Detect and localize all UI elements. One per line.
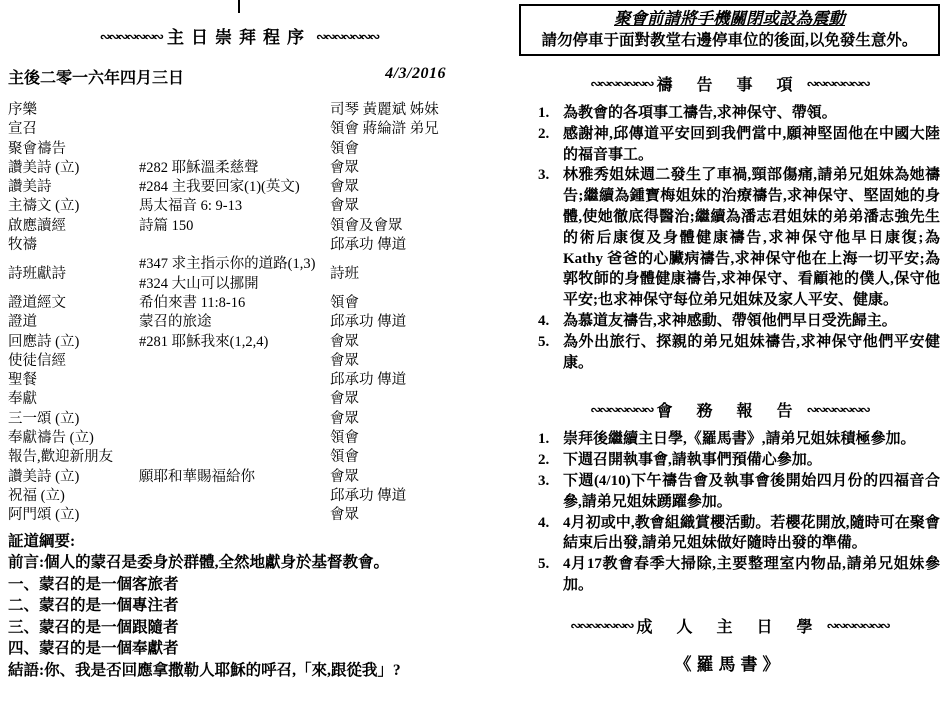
service-item-label: 奉獻禱告 (立)	[8, 429, 139, 448]
list-item: 3. 林雅秀姐妹週二發生了車禍,頸部傷痛,請弟兄姐妹為她禱告;繼續為鍾寶梅姐妹的…	[538, 165, 940, 311]
item-number: 3.	[538, 165, 563, 311]
ornament-chain-icon: ∾∾∾∾∾∾∾	[807, 403, 869, 418]
table-row: 奉獻禱告 (立) 領會	[8, 429, 470, 448]
service-item-label: 啟應讀經	[8, 217, 139, 236]
service-item-person: 領會及會眾	[330, 217, 470, 236]
service-item-person: 會眾	[330, 178, 470, 197]
table-row: 聚會禱告 領會	[8, 140, 470, 159]
sermon-outline-line: 結語:你、我是否回應拿撒勒人耶穌的呼召,「來,跟從我」?	[8, 660, 470, 682]
service-item-content: #282 耶穌溫柔慈聲	[139, 159, 330, 178]
sunday-school-book-title: 《羅馬書》	[519, 650, 940, 675]
service-item-label: 證道經文	[8, 294, 139, 313]
service-item-label: 證道	[8, 313, 139, 332]
notice-phone-line: 聚會前請將手機關閉或設為震動	[523, 7, 936, 30]
item-text: 林雅秀姐妹週二發生了車禍,頸部傷痛,請弟兄姐妹為她禱告;繼續為鍾寶梅姐妹的治療禱…	[563, 165, 940, 311]
item-text: 下週(4/10)下午禱告會及執事會後開始四月份的四福音合參,請弟兄姐妹踴躍參加。	[563, 471, 940, 513]
list-item: 3. 下週(4/10)下午禱告會及執事會後開始四月份的四福音合參,請弟兄姐妹踴躍…	[538, 471, 940, 513]
date-row: 主後二零一六年四月三日 4/3/2016	[8, 65, 470, 88]
table-row: 奉獻 會眾	[8, 390, 470, 409]
service-item-person: 領會	[330, 140, 470, 159]
service-item-person: 會眾	[330, 159, 470, 178]
service-item-person: 司琴 黃麗斌 姊妹	[330, 101, 470, 120]
sunday-school-header: ∾∾∾∾∾∾∾成 人 主 日 學∾∾∾∾∾∾∾	[519, 614, 940, 637]
service-item-label: 讚美詩 (立)	[8, 159, 139, 178]
service-item-person: 邱承功 傳道	[330, 371, 470, 390]
item-number: 2.	[538, 124, 563, 166]
service-item-content: #347 求主指示你的道路(1,3) #324 大山可以挪開	[139, 255, 330, 294]
table-row: 序樂 司琴 黃麗斌 姊妹	[8, 101, 470, 120]
item-number: 1.	[538, 103, 563, 124]
service-item-content: 詩篇 150	[139, 217, 330, 236]
table-row: 證道 蒙召的旅途 邱承功 傳道	[8, 313, 470, 332]
table-row: 啟應讀經 詩篇 150 領會及會眾	[8, 217, 470, 236]
table-row: 證道經文 希伯來書 11:8-16 領會	[8, 294, 470, 313]
service-item-label: 宣召	[8, 120, 139, 139]
sermon-outline: 証道綱要: 前言:個人的蒙召是委身於群體,全然地獻身於基督教會。 一、蒙召的是一…	[8, 531, 470, 682]
item-text: 為慕道友禱告,求神感動、帶領他們早日受洗歸主。	[563, 311, 940, 332]
service-item-label: 奉獻	[8, 390, 139, 409]
service-item-content: #281 耶穌我來(1,2,4)	[139, 333, 330, 352]
list-item: 1. 為教會的各項事工禱告,求神保守、帶領。	[538, 103, 940, 124]
sermon-outline-line: 一、蒙召的是一個客旅者	[8, 574, 470, 596]
date-numeric: 4/3/2016	[385, 65, 446, 88]
item-text: 為教會的各項事工禱告,求神保守、帶領。	[563, 103, 940, 124]
table-row: 詩班獻詩 #347 求主指示你的道路(1,3) #324 大山可以挪開 詩班	[8, 255, 470, 294]
service-item-person: 會眾	[330, 333, 470, 352]
service-item-label: 牧禱	[8, 236, 139, 255]
item-text: 4月17教會春季大掃除,主要整理室内物品,請弟兄姐妹參加。	[563, 554, 940, 596]
worship-order-column: ∾∾∾∾∾∾∾主日崇拜程序∾∾∾∾∾∾∾ 主後二零一六年四月三日 4/3/201…	[8, 0, 470, 681]
notice-parking-line: 請勿停車于面對教堂右邊停車位的後面,以免發生意外。	[523, 30, 936, 51]
table-row: 三一頌 (立) 會眾	[8, 410, 470, 429]
ornament-chain-icon: ∾∾∾∾∾∾∾	[590, 403, 652, 418]
bulletin-page: ∾∾∾∾∾∾∾主日崇拜程序∾∾∾∾∾∾∾ 主後二零一六年四月三日 4/3/201…	[0, 0, 944, 706]
item-text: 4月初或中,教會組織賞櫻活動。若櫻花開放,隨時可在聚會結束后出發,請弟兄姐妹做好…	[563, 513, 940, 555]
ornament-chain-icon: ∾∾∾∾∾∾∾	[570, 619, 632, 634]
table-row: 祝福 (立) 邱承功 傳道	[8, 487, 470, 506]
table-row: 讚美詩 (立) #282 耶穌溫柔慈聲 會眾	[8, 159, 470, 178]
table-row: 讚美詩 (立) 願耶和華賜福給你 會眾	[8, 468, 470, 487]
service-item-label: 三一頌 (立)	[8, 410, 139, 429]
service-item-label: 聚會禱告	[8, 140, 139, 159]
sermon-outline-line: 三、蒙召的是一個跟隨者	[8, 617, 470, 639]
ornament-chain-icon: ∾∾∾∾∾∾∾	[827, 619, 889, 634]
page-title: 主日崇拜程序	[167, 28, 311, 47]
table-row: 使徒信經 會眾	[8, 352, 470, 371]
service-item-content: 願耶和華賜福給你	[139, 468, 330, 487]
service-item-label: 祝福 (立)	[8, 487, 139, 506]
sermon-outline-line: 二、蒙召的是一個專注者	[8, 595, 470, 617]
table-row: 宣召 領會 蔣綸滸 弟兄	[8, 120, 470, 139]
item-number: 2.	[538, 450, 563, 471]
report-section-header: ∾∾∾∾∾∾∾會 務 報 告∾∾∾∾∾∾∾	[519, 398, 940, 421]
service-item-person: 會眾	[330, 197, 470, 216]
service-item-label: 讚美詩	[8, 178, 139, 197]
table-row: 聖餐 邱承功 傳道	[8, 371, 470, 390]
table-row: 阿門頌 (立) 會眾	[8, 506, 470, 525]
service-item-person: 領會	[330, 294, 470, 313]
prayer-section-header: ∾∾∾∾∾∾∾禱 告 事 項∾∾∾∾∾∾∾	[519, 72, 940, 95]
item-number: 1.	[538, 429, 563, 450]
table-row: 報告,歡迎新朋友 領會	[8, 448, 470, 467]
ornament-chain-icon: ∾∾∾∾∾∾∾	[316, 30, 378, 45]
service-item-person: 領會	[330, 448, 470, 467]
item-number: 4.	[538, 513, 563, 555]
service-item-person: 邱承功 傳道	[330, 313, 470, 332]
service-item-label: 回應詩 (立)	[8, 333, 139, 352]
list-item: 2. 感謝神,邱傳道平安回到我們當中,願神堅固他在中國大陸的福音事工。	[538, 124, 940, 166]
table-row: 回應詩 (立) #281 耶穌我來(1,2,4) 會眾	[8, 333, 470, 352]
list-item: 1. 崇拜後繼續主日學,《羅馬書》,請弟兄姐妹積極參加。	[538, 429, 940, 450]
item-number: 4.	[538, 311, 563, 332]
service-item-person: 會眾	[330, 468, 470, 487]
ornament-chain-icon: ∾∾∾∾∾∾∾	[100, 30, 162, 45]
service-item-person: 詩班	[330, 265, 470, 284]
service-item-content: 馬太福音 6: 9-13	[139, 197, 330, 216]
service-item-label: 讚美詩 (立)	[8, 468, 139, 487]
ornament-chain-icon: ∾∾∾∾∾∾∾	[807, 77, 869, 92]
service-item-person: 邱承功 傳道	[330, 236, 470, 255]
service-item-label: 序樂	[8, 101, 139, 120]
table-row: 讚美詩 #284 主我要回家(1)(英文) 會眾	[8, 178, 470, 197]
service-item-label: 報告,歡迎新朋友	[8, 448, 139, 467]
announcements-column: 聚會前請將手機關閉或設為震動 請勿停車于面對教堂右邊停車位的後面,以免發生意外。…	[519, 4, 940, 675]
service-item-label: 詩班獻詩	[8, 265, 139, 284]
service-items-table: 序樂 司琴 黃麗斌 姊妹 宣召 領會 蔣綸滸 弟兄 聚會禱告 領會 讚美詩 (立…	[8, 101, 470, 526]
service-item-content: #284 主我要回家(1)(英文)	[139, 178, 330, 197]
date-chinese: 主後二零一六年四月三日	[8, 65, 184, 88]
report-items-list: 1. 崇拜後繼續主日學,《羅馬書》,請弟兄姐妹積極參加。 2. 下週召開執事會,…	[519, 429, 940, 595]
item-number: 5.	[538, 332, 563, 374]
ornament-chain-icon: ∾∾∾∾∾∾∾	[590, 77, 652, 92]
service-item-label: 聖餐	[8, 371, 139, 390]
list-item: 5. 4月17教會春季大掃除,主要整理室内物品,請弟兄姐妹參加。	[538, 554, 940, 596]
item-text: 為外出旅行、探親的弟兄姐妹禱告,求神保守他們平安健康。	[563, 332, 940, 374]
item-text: 感謝神,邱傳道平安回到我們當中,願神堅固他在中國大陸的福音事工。	[563, 124, 940, 166]
sunday-school-title: 成 人 主 日 學	[636, 619, 822, 636]
service-item-label: 阿門頌 (立)	[8, 506, 139, 525]
report-section-title: 會 務 報 告	[656, 403, 802, 420]
service-item-person: 會眾	[330, 506, 470, 525]
notice-box: 聚會前請將手機關閉或設為震動 請勿停車于面對教堂右邊停車位的後面,以免發生意外。	[519, 4, 940, 56]
list-item: 4. 4月初或中,教會組織賞櫻活動。若櫻花開放,隨時可在聚會結束后出發,請弟兄姐…	[538, 513, 940, 555]
item-text: 崇拜後繼續主日學,《羅馬書》,請弟兄姐妹積極參加。	[563, 429, 940, 450]
sermon-outline-line: 四、蒙召的是一個奉獻者	[8, 638, 470, 660]
list-item: 5. 為外出旅行、探親的弟兄姐妹禱告,求神保守他們平安健康。	[538, 332, 940, 374]
service-item-person: 會眾	[330, 352, 470, 371]
service-item-label: 主禱文 (立)	[8, 197, 139, 216]
table-row: 牧禱 邱承功 傳道	[8, 236, 470, 255]
sermon-outline-line: 前言:個人的蒙召是委身於群體,全然地獻身於基督教會。	[8, 552, 470, 574]
list-item: 2. 下週召開執事會,請執事們預備心參加。	[538, 450, 940, 471]
service-item-content: 蒙召的旅途	[139, 313, 330, 332]
service-item-person: 邱承功 傳道	[330, 487, 470, 506]
service-item-person: 領會 蔣綸滸 弟兄	[330, 120, 470, 139]
worship-order-title-row: ∾∾∾∾∾∾∾主日崇拜程序∾∾∾∾∾∾∾	[8, 23, 470, 48]
service-item-person: 領會	[330, 429, 470, 448]
item-text: 下週召開執事會,請執事們預備心參加。	[563, 450, 940, 471]
service-item-person: 會眾	[330, 410, 470, 429]
prayer-items-list: 1. 為教會的各項事工禱告,求神保守、帶領。 2. 感謝神,邱傳道平安回到我們當…	[519, 103, 940, 373]
item-number: 3.	[538, 471, 563, 513]
item-number: 5.	[538, 554, 563, 596]
sermon-outline-heading: 証道綱要:	[8, 531, 470, 553]
service-item-label: 使徒信經	[8, 352, 139, 371]
list-item: 4. 為慕道友禱告,求神感動、帶領他們早日受洗歸主。	[538, 311, 940, 332]
prayer-section-title: 禱 告 事 項	[656, 77, 802, 94]
service-item-content: 希伯來書 11:8-16	[139, 294, 330, 313]
service-item-person: 會眾	[330, 390, 470, 409]
table-row: 主禱文 (立) 馬太福音 6: 9-13 會眾	[8, 197, 470, 216]
